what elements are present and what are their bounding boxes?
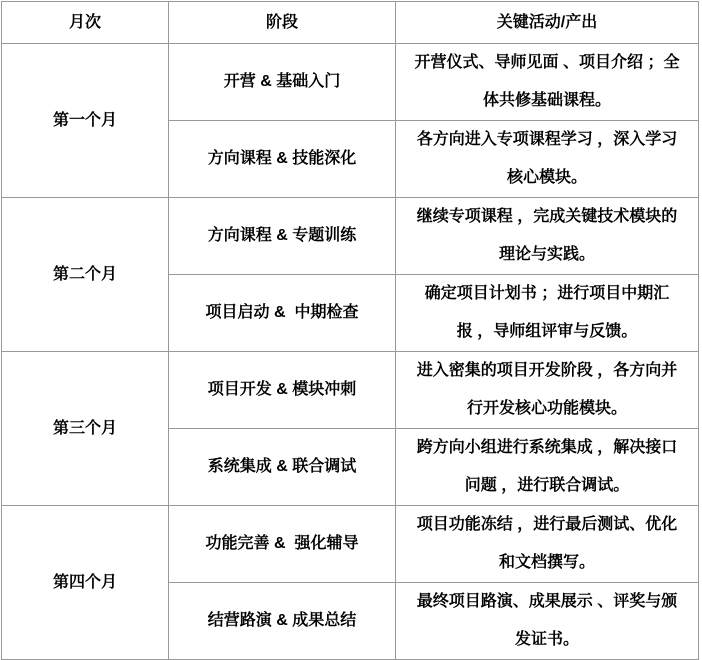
- schedule-table: 月次 阶段 关键活动/产出 第一个月 开营 & 基础入门 开营仪式、导师见面 、…: [1, 1, 699, 660]
- output-cell: 开营仪式、导师见面 、项目介绍 ；全 体共修基础课程。: [396, 44, 699, 121]
- output-cell: 进入密集的项目开发阶段 ，各方向并 行开发核心功能模块。: [396, 352, 699, 429]
- stage-cell: 方向课程 & 技能深化: [169, 121, 396, 198]
- stage-cell: 结营路演 & 成果总结: [169, 583, 396, 660]
- document-page: 月次 阶段 关键活动/产出 第一个月 开营 & 基础入门 开营仪式、导师见面 、…: [0, 0, 702, 657]
- stage-cell: 项目开发 & 模块冲刺: [169, 352, 396, 429]
- table-row: 第三个月 项目开发 & 模块冲刺 进入密集的项目开发阶段 ，各方向并 行开发核心…: [2, 352, 699, 429]
- stage-cell: 功能完善 & 强化辅导: [169, 506, 396, 583]
- stage-cell: 方向课程 & 专题训练: [169, 198, 396, 275]
- table-row: 第四个月 功能完善 & 强化辅导 项目功能冻结 ，进行最后测试、优化 和文档撰写…: [2, 506, 699, 583]
- stage-cell: 开营 & 基础入门: [169, 44, 396, 121]
- month-cell-4: 第四个月: [2, 506, 169, 660]
- table-row: 第一个月 开营 & 基础入门 开营仪式、导师见面 、项目介绍 ；全 体共修基础课…: [2, 44, 699, 121]
- header-output: 关键活动/产出: [396, 2, 699, 44]
- output-cell: 继续专项课程 ，完成关键技术模块的 理论与实践。: [396, 198, 699, 275]
- header-month: 月次: [2, 2, 169, 44]
- stage-cell: 系统集成 & 联合调试: [169, 429, 396, 506]
- stage-cell: 项目启动 & 中期检查: [169, 275, 396, 352]
- output-cell: 确定项目计划书 ；进行项目中期汇 报 ，导师组评审与反馈。: [396, 275, 699, 352]
- month-cell-2: 第二个月: [2, 198, 169, 352]
- output-cell: 最终项目路演、成果展示 、评奖与颁 发证书。: [396, 583, 699, 660]
- header-stage: 阶段: [169, 2, 396, 44]
- output-cell: 项目功能冻结 ，进行最后测试、优化 和文档撰写。: [396, 506, 699, 583]
- month-cell-1: 第一个月: [2, 44, 169, 198]
- month-cell-3: 第三个月: [2, 352, 169, 506]
- output-cell: 各方向进入专项课程学习 ，深入学习 核心模块。: [396, 121, 699, 198]
- header-row: 月次 阶段 关键活动/产出: [2, 2, 699, 44]
- table-row: 第二个月 方向课程 & 专题训练 继续专项课程 ，完成关键技术模块的 理论与实践…: [2, 198, 699, 275]
- output-cell: 跨方向小组进行系统集成 ，解决接口 问题 ，进行联合调试。: [396, 429, 699, 506]
